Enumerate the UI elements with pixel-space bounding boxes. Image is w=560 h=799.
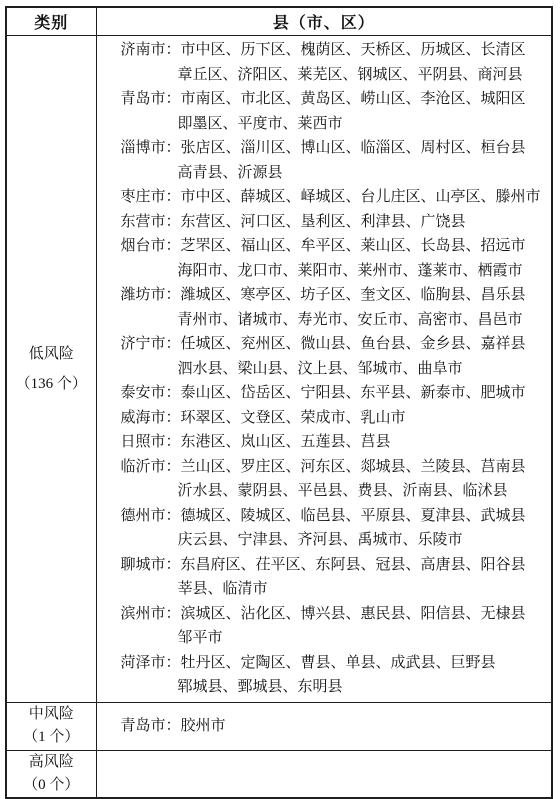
region-line: 青州市、诸城市、寿光市、安丘市、高密市、昌邑市 bbox=[121, 308, 550, 333]
regions-cell bbox=[96, 750, 552, 798]
region-line: 沂水县、蒙阴县、平邑县、费县、沂南县、临沭县 bbox=[121, 479, 550, 504]
region-line: 枣庄市：市中区、薛城区、峄城区、台儿庄区、山亭区、滕州市 bbox=[121, 185, 550, 210]
regions-cell: 青岛市：胶州市 bbox=[96, 702, 552, 750]
risk-table: 类别 县（市、区） 低风险（136 个）济南市：市中区、历下区、槐荫区、天桥区、… bbox=[5, 6, 553, 799]
header-category: 类别 bbox=[6, 7, 96, 36]
table-row-low-risk: 低风险（136 个）济南市：市中区、历下区、槐荫区、天桥区、历城区、长清区章丘区… bbox=[6, 36, 552, 703]
header-regions: 县（市、区） bbox=[96, 7, 552, 36]
region-line: 济宁市：任城区、兖州区、微山县、鱼台县、金乡县、嘉祥县 bbox=[121, 332, 550, 357]
region-line: 潍坊市：潍城区、寒亭区、坊子区、奎文区、临朐县、昌乐县 bbox=[121, 283, 550, 308]
category-count: （0 个） bbox=[7, 774, 96, 797]
region-line: 青岛市：胶州市 bbox=[121, 714, 550, 739]
category-cell: 中风险（1 个） bbox=[6, 702, 96, 750]
region-line: 东营市：东营区、河口区、垦利区、利津县、广饶县 bbox=[121, 210, 550, 235]
region-line: 菏泽市：牡丹区、定陶区、曹县、单县、成武县、巨野县 bbox=[121, 651, 550, 676]
table-row-medium-risk: 中风险（1 个）青岛市：胶州市 bbox=[6, 702, 552, 750]
region-line: 莘县、临清市 bbox=[121, 577, 550, 602]
category-label: 高风险 bbox=[7, 751, 96, 774]
region-line: 德州市：德城区、陵城区、临邑县、平原县、夏津县、武城县 bbox=[121, 504, 550, 529]
region-line: 郓城县、鄄城县、东明县 bbox=[121, 675, 550, 700]
region-line: 日照市：东港区、岚山区、五莲县、莒县 bbox=[121, 430, 550, 455]
category-label: 中风险 bbox=[7, 703, 96, 726]
region-line: 聊城市：东昌府区、茌平区、东阿县、冠县、高唐县、阳谷县 bbox=[121, 553, 550, 578]
region-line: 章丘区、济阳区、莱芜区、钢城区、平阴县、商河县 bbox=[121, 63, 550, 88]
region-line: 济南市：市中区、历下区、槐荫区、天桥区、历城区、长清区 bbox=[121, 38, 550, 63]
page: 类别 县（市、区） 低风险（136 个）济南市：市中区、历下区、槐荫区、天桥区、… bbox=[0, 0, 560, 797]
risk-table-body: 低风险（136 个）济南市：市中区、历下区、槐荫区、天桥区、历城区、长清区章丘区… bbox=[6, 36, 552, 798]
region-line: 邹平市 bbox=[121, 626, 550, 651]
region-line: 泰安市：泰山区、岱岳区、宁阳县、东平县、新泰市、肥城市 bbox=[121, 381, 550, 406]
region-line: 海阳市、龙口市、莱阳市、莱州市、蓬莱市、栖霞市 bbox=[121, 259, 550, 284]
header-row: 类别 县（市、区） bbox=[6, 7, 552, 36]
category-count: （136 个） bbox=[7, 369, 96, 399]
table-row-high-risk: 高风险（0 个） bbox=[6, 750, 552, 798]
category-cell: 高风险（0 个） bbox=[6, 750, 96, 798]
region-line: 淄博市：张店区、淄川区、博山区、临淄区、周村区、桓台县 bbox=[121, 136, 550, 161]
region-line: 青岛市：市南区、市北区、黄岛区、崂山区、李沧区、城阳区 bbox=[121, 87, 550, 112]
region-line: 临沂市：兰山区、罗庄区、河东区、郯城县、兰陵县、莒南县 bbox=[121, 455, 550, 480]
region-line: 烟台市：芝罘区、福山区、牟平区、莱山区、长岛县、招远市 bbox=[121, 234, 550, 259]
category-label: 低风险 bbox=[7, 339, 96, 369]
region-line: 即墨区、平度市、莱西市 bbox=[121, 112, 550, 137]
region-line: 高青县、沂源县 bbox=[121, 161, 550, 186]
region-line: 滨州市：滨城区、沾化区、博兴县、惠民县、阳信县、无棣县 bbox=[121, 602, 550, 627]
region-line: 泗水县、梁山县、汶上县、邹城市、曲阜市 bbox=[121, 357, 550, 382]
category-count: （1 个） bbox=[7, 726, 96, 749]
regions-cell: 济南市：市中区、历下区、槐荫区、天桥区、历城区、长清区章丘区、济阳区、莱芜区、钢… bbox=[96, 36, 552, 703]
region-line: 威海市：环翠区、文登区、荣成市、乳山市 bbox=[121, 406, 550, 431]
category-cell: 低风险（136 个） bbox=[6, 36, 96, 703]
region-line: 庆云县、宁津县、齐河县、禹城市、乐陵市 bbox=[121, 528, 550, 553]
